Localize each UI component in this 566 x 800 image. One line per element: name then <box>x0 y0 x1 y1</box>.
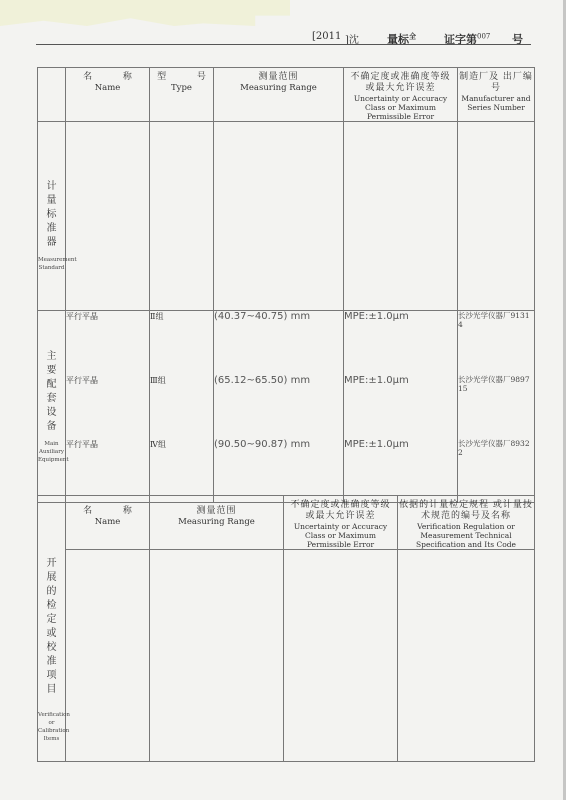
col-uncertainty: 不确定度或准确度等级 或最大允许误差Uncertainty or Accurac… <box>344 68 458 122</box>
standards-header-row: 名 称Name 型 号Type 测量范围Measuring Range 不确定度… <box>38 68 535 122</box>
col-item-uncertainty: 不确定度或准确度等级 或最大允许误差Uncertainty or Accurac… <box>284 496 398 550</box>
items-body-row <box>38 550 535 762</box>
header-underline <box>36 44 531 45</box>
aux-range: (65.12~65.50) mm <box>214 375 344 439</box>
aux-type: Ⅲ组 <box>150 375 214 439</box>
col-item-range: 测量范围Measuring Range <box>150 496 284 550</box>
col-type: 型 号Type <box>150 68 214 122</box>
aux-name: 平行平晶 <box>66 311 150 375</box>
aux-manufacturer: 长沙光学仪器厂89322 <box>458 439 535 503</box>
col-item-regulation: 依据的计量检定规程 或计量技术规范的编号及名称Verification Regu… <box>398 496 535 550</box>
aux-error: MPE:±1.0μm <box>344 375 458 439</box>
table-row: 主要配套设备 Main Auxiliary Equipment 平行平晶 Ⅱ组 … <box>38 311 535 375</box>
aux-range: (90.50~90.87) mm <box>214 439 344 503</box>
aux-type: Ⅳ组 <box>150 439 214 503</box>
measurement-standard-row: 计量标准器 Measurement Standard <box>38 122 535 311</box>
table-row: 平行平晶 Ⅲ组 (65.12~65.50) mm MPE:±1.0μm 长沙光学… <box>38 375 535 439</box>
paper-stain <box>0 0 290 26</box>
col-range: 测量范围Measuring Range <box>214 68 344 122</box>
calibration-items-table: 开展的检定或校准项目 Verification or Calibration I… <box>37 495 535 762</box>
aux-type: Ⅱ组 <box>150 311 214 375</box>
aux-manufacturer: 长沙光学仪器厂989715 <box>458 375 535 439</box>
standards-table: 名 称Name 型 号Type 测量范围Measuring Range 不确定度… <box>37 67 535 503</box>
col-manufacturer: 制造厂及 出厂编号Manufacturer and Series Number <box>458 68 535 122</box>
aux-error: MPE:±1.0μm <box>344 439 458 503</box>
items-header-row: 开展的检定或校准项目 Verification or Calibration I… <box>38 496 535 550</box>
aux-error: MPE:±1.0μm <box>344 311 458 375</box>
section-main-aux: 主要配套设备 Main Auxiliary Equipment <box>38 311 66 503</box>
aux-name: 平行平晶 <box>66 375 150 439</box>
col-item-name: 名 称Name <box>66 496 150 550</box>
aux-name: 平行平晶 <box>66 439 150 503</box>
table-row: 平行平晶 Ⅳ组 (90.50~90.87) mm MPE:±1.0μm 长沙光学… <box>38 439 535 503</box>
aux-manufacturer: 长沙光学仪器厂91314 <box>458 311 535 375</box>
section-calibration-items: 开展的检定或校准项目 Verification or Calibration I… <box>38 496 66 762</box>
col-name: 名 称Name <box>66 68 150 122</box>
section-measurement-standard: 计量标准器 Measurement Standard <box>38 122 66 311</box>
aux-range: (40.37~40.75) mm <box>214 311 344 375</box>
year-field: [2011 <box>312 31 341 42</box>
